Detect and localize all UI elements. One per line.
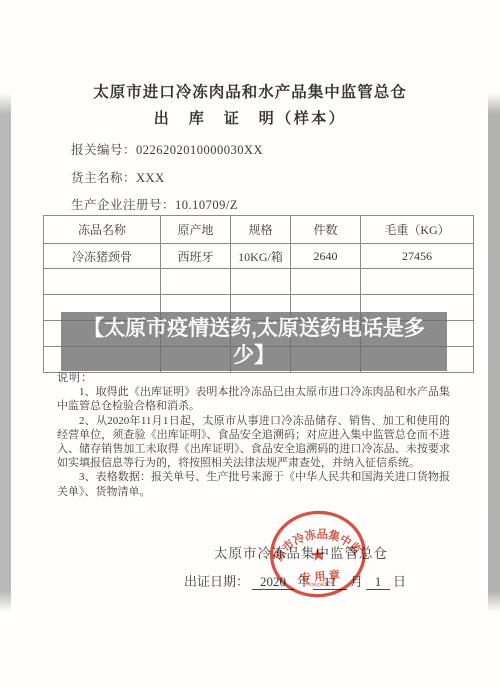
- cell-spec: 10KG/箱: [231, 244, 291, 269]
- cell-empty: [361, 269, 474, 295]
- producer-registration-line: 生产企业注册号：10.10709/Z: [71, 195, 238, 213]
- declaration-number-label: 报关编号：: [71, 143, 136, 157]
- cell-weight: 27456: [361, 244, 474, 269]
- table-header-row: 冻品名称 原产地 规格 件数 毛重（KG）: [44, 216, 474, 244]
- certificate-document: 太原市进口冷冻肉品和水产品集中监管总仓 出 库 证 明（样本） 报关编号：022…: [0, 0, 500, 688]
- watermark-caption-banner: 【太原市疫情送药,太原送药电话是多 少】: [61, 312, 447, 371]
- watermark-caption-line2: 少】: [233, 342, 275, 369]
- document-title: 出 库 证 明（样本）: [0, 107, 500, 128]
- scan-edge-right: [488, 93, 500, 612]
- notes-section: 说明： 1、取得此《出库证明》表明本批冷冻品已由太原市进口冷冻肉品和水产品集中监…: [57, 371, 450, 499]
- col-header-product: 冻品名称: [44, 216, 161, 244]
- cell-product: 冷冻猪颈骨: [44, 244, 161, 269]
- table-row: [44, 269, 474, 295]
- note-item-3: 3、表格数据：报关单号、生产批号来源于《中华人民共和国海关进口货物报关单》、货物…: [57, 470, 450, 498]
- owner-name-value: XXX: [136, 171, 165, 185]
- producer-registration-value: 10.10709/Z: [175, 198, 238, 212]
- day-unit: 日: [393, 574, 406, 589]
- cell-empty: [291, 269, 361, 295]
- watermark-caption-line1: 【太原市疫情送药,太原送药电话是多: [83, 315, 425, 342]
- col-header-quantity: 件数: [291, 216, 361, 244]
- col-header-spec: 规格: [231, 216, 291, 244]
- declaration-number-value: 0226202010000030XX: [136, 143, 263, 157]
- issue-date-label: 出证日期：: [184, 574, 249, 589]
- note-item-2: 2、从2020年11月1日起，太原市从事进口冷冻品储存、销售、加工和使用的经营单…: [57, 414, 450, 471]
- producer-registration-label: 生产企业注册号：: [71, 198, 175, 212]
- table-row: 冷冻猪颈骨 西班牙 10KG/箱 2640 27456: [44, 244, 474, 269]
- official-seal-stamp: 太原市冷冻品集中监管 ★ 专 用 章 140900600517: [257, 498, 380, 612]
- cell-empty: [44, 269, 161, 295]
- cell-empty: [231, 269, 291, 295]
- owner-name-label: 货主名称：: [71, 171, 136, 185]
- cell-empty: [161, 269, 231, 295]
- organization-title: 太原市进口冷冻肉品和水产品集中监管总仓: [0, 80, 500, 102]
- col-header-origin: 原产地: [161, 216, 231, 244]
- declaration-number-line: 报关编号：0226202010000030XX: [71, 140, 263, 158]
- cell-origin: 西班牙: [161, 244, 231, 269]
- note-item-1: 1、取得此《出库证明》表明本批冷冻品已由太原市进口冷冻肉品和水产品集中监管总仓检…: [57, 385, 450, 413]
- seal-star-icon: ★: [309, 544, 327, 565]
- owner-name-line: 货主名称：XXX: [71, 168, 165, 186]
- notes-heading: 说明：: [57, 371, 450, 385]
- scan-edge-left: [0, 93, 11, 612]
- col-header-weight: 毛重（KG）: [361, 216, 474, 244]
- cell-quantity: 2640: [291, 244, 361, 269]
